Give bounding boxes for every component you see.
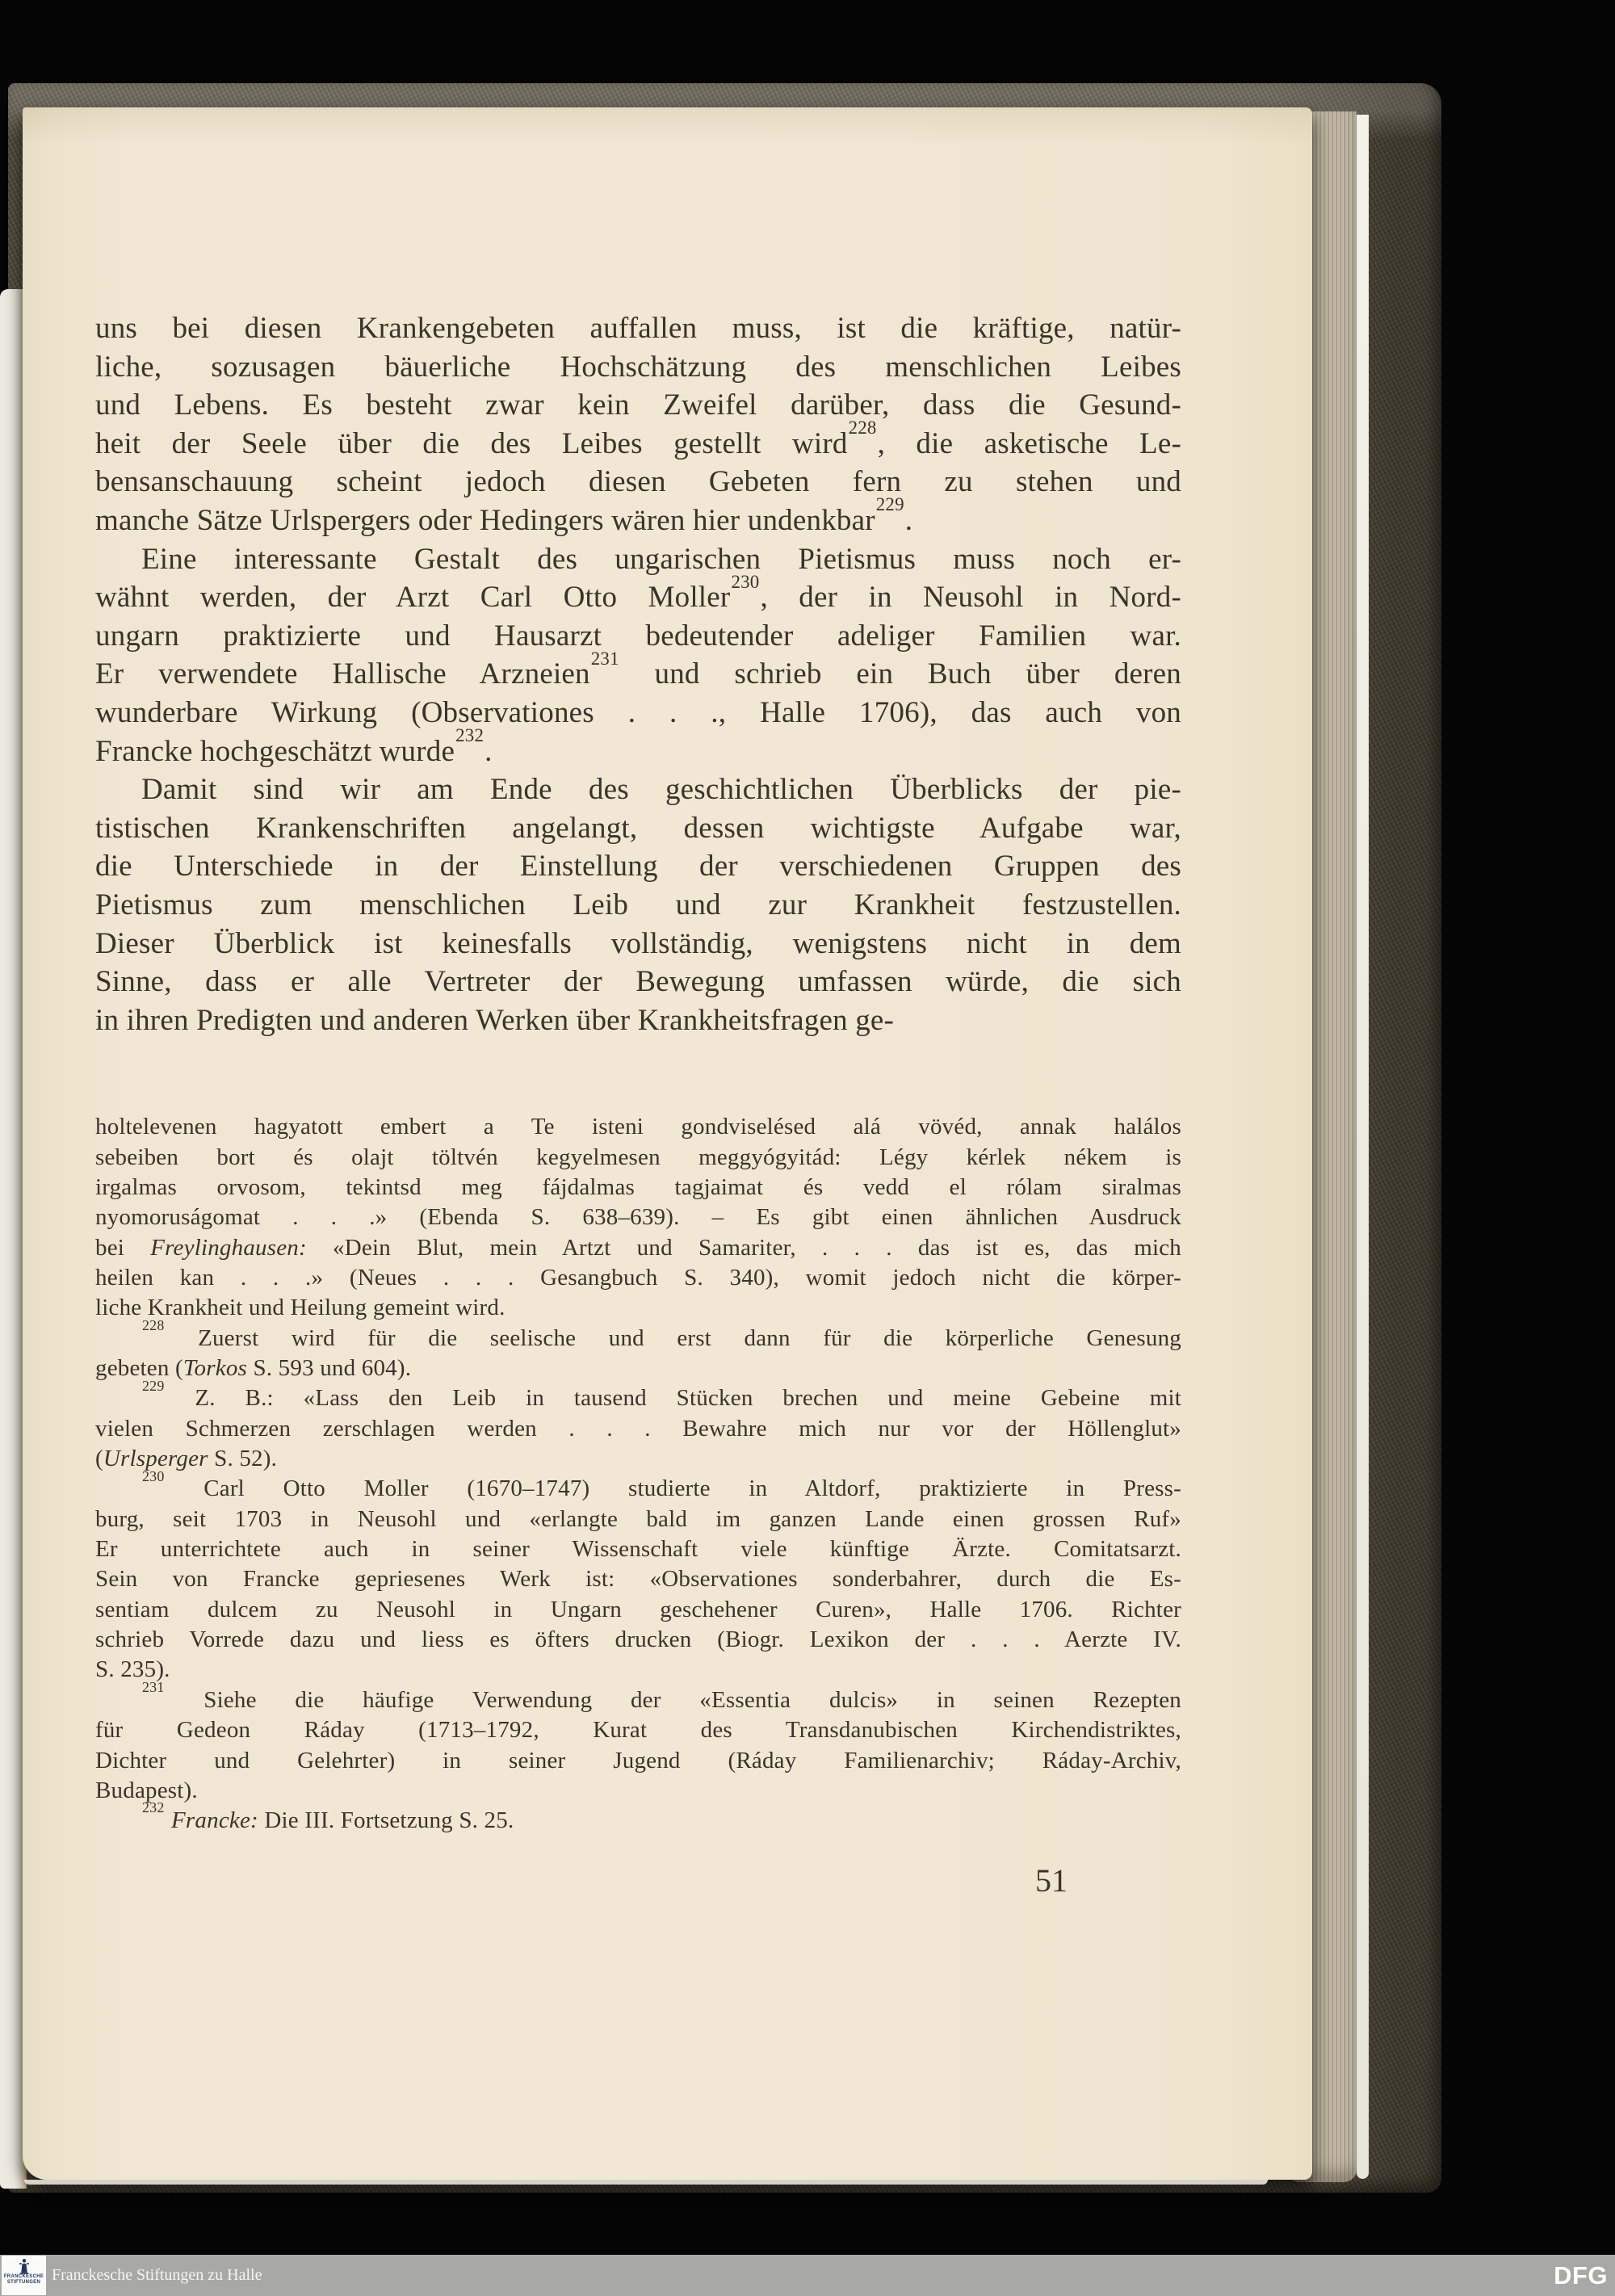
main-text: uns bei diesen Krankengebeten auffallen … xyxy=(95,309,1181,1039)
text-line: 230 Carl Otto Moller (1670–1747) studier… xyxy=(95,1474,1181,1504)
text-line: Sinne, dass er alle Vertreter der Bewegu… xyxy=(95,963,1181,1001)
book-page: uns bei diesen Krankengebeten auffallen … xyxy=(23,107,1312,2180)
text-line: gebeten (Torkos S. 593 und 604). xyxy=(95,1354,1181,1383)
text-line: bei Freylinghausen: «Dein Blut, mein Art… xyxy=(95,1233,1181,1263)
text-line: liche, sozusagen bäuerliche Hochschätzun… xyxy=(95,348,1181,387)
page-number: 51 xyxy=(1035,1862,1068,1899)
text-line: sentiam dulcem zu Neusohl in Ungarn gesc… xyxy=(95,1595,1181,1625)
text-line: liche Krankheit und Heilung gemeint wird… xyxy=(95,1293,1181,1323)
endpaper-sliver xyxy=(1357,115,1369,2179)
text-line: und Lebens. Es besteht zwar kein Zweifel… xyxy=(95,386,1181,425)
text-line: Francke hochgeschätzt wurde232. xyxy=(95,732,1181,771)
text-line: 232 Francke: Die III. Fortsetzung S. 25. xyxy=(95,1806,1181,1836)
footnotes: holtelevenen hagyatott embert a Te isten… xyxy=(95,1112,1181,1836)
text-line: Budapest). xyxy=(95,1776,1181,1806)
footer-label: Franckesche Stiftungen zu Halle xyxy=(52,2266,262,2285)
text-line: Pietismus zum menschlichen Leib und zur … xyxy=(95,886,1181,925)
text-line: heilen kan . . .» (Neues . . . Gesangbuc… xyxy=(95,1263,1181,1293)
text-line: Dichter und Gelehrter) in seiner Jugend … xyxy=(95,1746,1181,1776)
text-line: 229 Z. B.: «Lass den Leib in tausend Stü… xyxy=(95,1383,1181,1413)
text-line: sebeiben bort és olajt töltvén kegyelmes… xyxy=(95,1143,1181,1173)
text-line: Er unterrichtete auch in seiner Wissensc… xyxy=(95,1534,1181,1564)
text-line: in ihren Predigten und anderen Werken üb… xyxy=(95,1001,1181,1040)
text-line: (Urlsperger S. 52). xyxy=(95,1444,1181,1474)
text-line: die Unterschiede in der Einstellung der … xyxy=(95,847,1181,886)
text-line: manche Sätze Urlspergers oder Hedingers … xyxy=(95,502,1181,540)
text-line: Sein von Francke gepriesenes Werk ist: «… xyxy=(95,1564,1181,1594)
text-line: 228 Zuerst wird für die seelische und er… xyxy=(95,1324,1181,1354)
text-line: vielen Schmerzen zerschlagen werden . . … xyxy=(95,1414,1181,1444)
text-line: nyomoruságomat . . .» (Ebenda S. 638–639… xyxy=(95,1203,1181,1232)
text-line: Dieser Überblick ist keinesfalls vollstä… xyxy=(95,925,1181,963)
text-line: irgalmas orvosom, tekintsd meg fájdalmas… xyxy=(95,1173,1181,1203)
footer-bar: FRANCKESCHE STIFTUNGEN Franckesche Stift… xyxy=(0,2255,1615,2296)
text-line: ungarn praktizierte und Hausarzt bedeute… xyxy=(95,617,1181,656)
franckesche-logo: FRANCKESCHE STIFTUNGEN xyxy=(2,2256,46,2295)
text-line: S. 235). xyxy=(95,1655,1181,1685)
text-line: Damit sind wir am Ende des geschichtlich… xyxy=(95,770,1181,809)
franckesche-stiftungen-icon xyxy=(17,2258,31,2274)
text-line: bensanschauung scheint jedoch diesen Geb… xyxy=(95,463,1181,502)
text-line: 231 Siehe die häufige Verwendung der «Es… xyxy=(95,1685,1181,1715)
dfg-logo: DFG xyxy=(1554,2261,1608,2290)
text-line: Eine interessante Gestalt des ungarische… xyxy=(95,540,1181,579)
text-line: Er verwendete Hallische Arzneien231 und … xyxy=(95,655,1181,694)
text-line: für Gedeon Ráday (1713–1792, Kurat des T… xyxy=(95,1715,1181,1745)
text-line: uns bei diesen Krankengebeten auffallen … xyxy=(95,309,1181,348)
text-line: heit der Seele über die des Leibes geste… xyxy=(95,425,1181,464)
text-line: schrieb Vorrede dazu und liess es öfters… xyxy=(95,1625,1181,1655)
text-line: wähnt werden, der Arzt Carl Otto Moller2… xyxy=(95,578,1181,617)
text-line: burg, seit 1703 in Neusohl und «erlangte… xyxy=(95,1505,1181,1534)
page-bottom-edge xyxy=(24,2180,1268,2185)
text-column: uns bei diesen Krankengebeten auffallen … xyxy=(95,309,1181,1836)
book-photo: uns bei diesen Krankengebeten auffallen … xyxy=(0,0,1615,2296)
logo-caption-line2: STIFTUNGEN xyxy=(7,2280,40,2286)
text-line: holtelevenen hagyatott embert a Te isten… xyxy=(95,1112,1181,1142)
logo-caption-line1: FRANCKESCHE xyxy=(4,2274,44,2280)
text-line: tistischen Krankenschriften angelangt, d… xyxy=(95,809,1181,848)
text-line: wunderbare Wirkung (Observationes . . .,… xyxy=(95,694,1181,732)
